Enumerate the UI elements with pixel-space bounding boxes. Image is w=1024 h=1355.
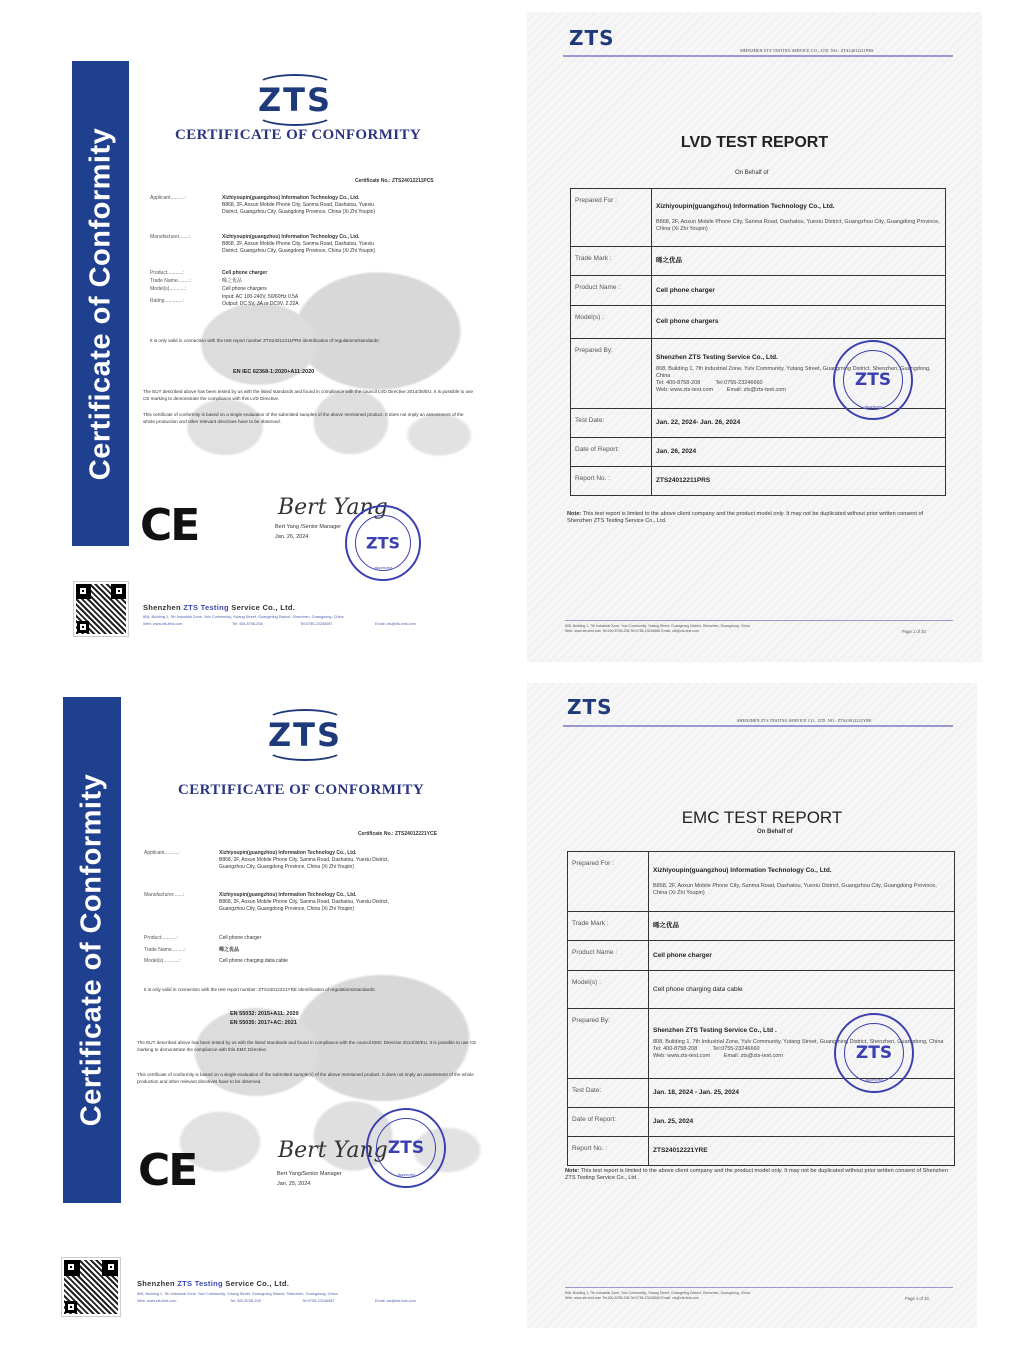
row-key: Trade Mark : (571, 247, 652, 276)
field-value: Cell phone charger (222, 270, 267, 276)
report-title: LVD TEST REPORT (527, 134, 982, 152)
field-label: Model(s)...........: (150, 286, 186, 293)
signer-name: Bert Yang/Senior Manager (277, 1170, 342, 1178)
certificate-number: Certificate No.: ZTS24012211PCS (355, 178, 434, 184)
table-row: Model(s) : Cell phone charging data cabl… (568, 971, 955, 1009)
value-main: Xizhiyoupin(guangzhou) Information Techn… (656, 203, 835, 210)
field-line: B868, 2F, Aoxun Mobile Phone City, Sanma… (222, 202, 374, 209)
lvd-certificate: Certificate of Conformity ZTS CERTIFICAT… (60, 50, 500, 650)
row-key: Model(s) : (568, 971, 649, 1009)
qr-code (74, 582, 128, 636)
report-info-table: Prepared For : Xizhiyoupin(guangzhou) In… (570, 188, 946, 496)
stamp-text: ZTS (347, 534, 419, 553)
footer-rule (565, 1287, 953, 1288)
footer-tel2: Tel:0755-23246087 (300, 621, 333, 627)
footer-contact: Web: www.zts-test.com Tel:400-8758-208 T… (565, 629, 699, 634)
row-value: 晞之优品 (652, 247, 946, 276)
approved-stamp: ZTS Approved (833, 340, 913, 420)
field-rating: Rating.............: Input: AC 100-240V,… (150, 294, 490, 310)
table-row: Date of Report: Jan. 25, 2024 (568, 1108, 955, 1137)
table-row: Prepared For : Xizhiyoupin(guangzhou) In… (568, 852, 955, 912)
scope-statement: This certificate of conformity is based … (143, 411, 473, 425)
table-row: Product Name : Cell phone charger (568, 941, 955, 971)
row-key: Date of Report: (571, 438, 652, 467)
value-main: Jan. 18, 2024 - Jan. 25, 2024 (653, 1089, 739, 1096)
field-trade-name: Trade Name.........: 晞之优品 (144, 947, 494, 955)
row-value: ZTS24012211PRS (652, 467, 946, 496)
field-manufacturer: Manufacturer.......: Xizhiyoupin(guangzh… (150, 234, 490, 264)
field-label: Trade Name.........: (150, 278, 192, 285)
report-note: Note: This test report is limited to the… (565, 1168, 957, 1182)
field-label: Model(s)...........: (144, 958, 180, 965)
table-row: Date of Report: Jan. 26, 2024 (571, 438, 946, 467)
side-banner-text: Certificate of Conformity (84, 127, 117, 479)
value-main: 晞之优品 (656, 257, 682, 264)
value-sub: B868, 2F, Aoxun Mobile Phone City, Sanma… (656, 219, 941, 233)
report-info-table: Prepared For : Xizhiyoupin(guangzhou) In… (567, 851, 955, 1166)
note-label: Note: (567, 511, 581, 517)
footer-address: 808, Building 1, 7th Industrial Zone, Yu… (137, 1291, 338, 1297)
row-value: ZTS24012221YRE (649, 1137, 955, 1166)
field-line: B868, 2F, Aoxun Mobile Phone City, Sanma… (222, 241, 374, 248)
certificate-number: Certificate No.: ZTS24012221YCE (358, 831, 437, 837)
lvd-test-report: ZTS SHENZHEN ZTS TESTING SERVICE CO., LT… (527, 12, 982, 662)
stamp-caption: Approved (835, 404, 911, 409)
value-main: ZTS24012221YRE (653, 1147, 708, 1154)
footer-web: Web: www.zts-test.com (143, 621, 182, 627)
value-main: Cell phone charger (653, 952, 712, 959)
table-row: Product Name : Cell phone charger (571, 276, 946, 306)
field-label: Product...........: (150, 270, 184, 277)
stamp-text: ZTS (836, 1043, 912, 1063)
signer-name: Bert Yang /Senior Manager (275, 523, 341, 531)
row-value: Cell phone charger (652, 276, 946, 306)
field-value: Cell phone charging data cable (219, 958, 288, 965)
field-value: Xizhiyoupin(guangzhou) Information Techn… (222, 234, 359, 240)
field-line: District, Guangzhou City, Guangdong Prov… (222, 248, 375, 255)
header-rule (563, 55, 953, 57)
value-main: Jan. 22, 2024- Jan. 26, 2024 (656, 419, 740, 426)
stamp-caption: Approved (368, 1172, 444, 1177)
field-label: Product...........: (144, 935, 178, 942)
company-suffix: Service Co., Ltd. (223, 1279, 289, 1288)
field-value: Input: AC 100-240V, 50/60Hz 0.5A (222, 294, 298, 301)
scope-statement: This certificate of conformity is based … (137, 1071, 482, 1085)
report-title: EMC TEST REPORT (527, 808, 997, 828)
emc-test-report: ZTS SHENZHEN ZTS TESTING SERVICE CO., LT… (527, 683, 977, 1328)
side-banner: Certificate of Conformity (72, 61, 129, 546)
page-number: Page 1 of 33 (902, 629, 926, 634)
zts-logo: ZTS (567, 695, 613, 719)
row-value: Jan. 26, 2024 (652, 438, 946, 467)
row-key: Trade Mark : (568, 912, 649, 941)
header-rule (563, 725, 953, 727)
header-text: SHENZHEN ZTS TESTING SERVICE CO., LTD. N… (740, 48, 874, 53)
field-value: 晞之优品 (219, 947, 239, 953)
value-main: 晞之优品 (653, 922, 679, 929)
row-key: Report No. : (568, 1137, 649, 1166)
side-banner-text: Certificate of Conformity (76, 774, 109, 1126)
signed-date: Jan. 26, 2024 (275, 533, 308, 541)
row-value: Cell phone chargers (652, 306, 946, 339)
validity-statement: It is only valid in connection with the … (150, 337, 450, 344)
footer-tel2: Tel:0755-23246087 (302, 1298, 335, 1304)
row-value: Xizhiyoupin(guangzhou) Information Techn… (649, 852, 955, 912)
value-main: Cell phone charger (656, 287, 715, 294)
zts-logo: ZTS (569, 26, 615, 50)
company-prefix: Shenzhen (143, 603, 183, 612)
row-key: Report No. : (571, 467, 652, 496)
ce-mark: CE (138, 1145, 196, 1196)
footer-contact: Web: www.zts-test.com Tel:400-8758-208 T… (565, 1296, 699, 1301)
footer-address: 808, Building 1, 7th Industrial Zone, Yu… (143, 614, 344, 620)
field-label: Manufacturer.......: (150, 234, 190, 241)
field-applicant: Applicant..........: Xizhiyoupin(guangzh… (150, 195, 490, 225)
footer-tel1: Tel: 400-8758-208 (230, 1298, 261, 1304)
validity-statement: It is only valid in connection with the … (144, 986, 464, 993)
row-key: Model(s) : (571, 306, 652, 339)
field-label: Rating.............: (150, 298, 184, 305)
qr-code (62, 1258, 120, 1316)
value-sub: B868, 2F, Aoxun Mobile Phone City, Sanma… (653, 883, 950, 897)
on-behalf-of: On Behalf of (735, 170, 768, 176)
row-value: Xizhiyoupin(guangzhou) Information Techn… (652, 189, 946, 247)
table-row: Model(s) : Cell phone chargers (571, 306, 946, 339)
row-key: Product Name : (568, 941, 649, 971)
zts-logo: ZTS (260, 715, 350, 755)
approved-stamp: ZTS Approved (345, 505, 421, 581)
report-note: Note: This test report is limited to the… (567, 511, 947, 525)
company-brand: ZTS Testing (177, 1279, 223, 1288)
field-models: Model(s)...........: Cell phone charging… (144, 958, 494, 966)
note-text: This test report is limited to the above… (565, 1168, 948, 1181)
company-prefix: Shenzhen (137, 1279, 177, 1288)
value-main: ZTS24012211PRS (656, 477, 710, 484)
row-key: Prepared For : (568, 852, 649, 912)
stamp-text: ZTS (835, 370, 911, 390)
stamp-text: ZTS (368, 1138, 444, 1158)
standard-item: EN 55035: 2017+AC: 2021 (230, 1019, 297, 1027)
table-row: Report No. : ZTS24012221YRE (568, 1137, 955, 1166)
approved-stamp: ZTS Approved (834, 1013, 914, 1093)
value-main: Xizhiyoupin(guangzhou) Information Techn… (653, 867, 832, 874)
footer-tel1: Tel: 400-8758-208 (232, 621, 263, 627)
footer-rule (565, 620, 953, 621)
field-models: Model(s)...........: Cell phone chargers (150, 286, 490, 294)
row-value: Cell phone charger (649, 941, 955, 971)
field-value: 晞之优品 (222, 278, 242, 285)
row-value: Cell phone charging data cable (649, 971, 955, 1009)
field-line: B868, 2F, Aoxun Mobile Phone City, Sanma… (219, 899, 389, 906)
field-value: Xizhiyoupin(guangzhou) Information Techn… (219, 892, 356, 898)
on-behalf-of: On Behalf of (757, 829, 793, 835)
footer-email: Email: zts@zts-test.com (375, 621, 416, 627)
certificate-title: CERTIFICATE OF CONFORMITY (175, 127, 421, 144)
field-label: Applicant..........: (150, 195, 186, 202)
field-line: Guangzhou City, Guangdong Province, Chin… (219, 864, 354, 871)
row-key: Prepared By: (568, 1009, 649, 1079)
value-main: Shenzhen ZTS Testing Service Co., Ltd . (653, 1027, 777, 1034)
footer-company: Shenzhen ZTS Testing Service Co., Ltd. (137, 1279, 289, 1288)
field-line: Output: DC 5V, 3A or DC9V, 2.22A (222, 301, 299, 308)
footer-company: Shenzhen ZTS Testing Service Co., Ltd. (143, 603, 295, 612)
field-value: Xizhiyoupin(guangzhou) Information Techn… (222, 195, 359, 201)
note-label: Note: (565, 1168, 579, 1174)
page-number: Page 1 of 33 (905, 1296, 929, 1301)
field-line: District, Guangzhou City, Guangdong Prov… (222, 209, 375, 216)
value-main: Jan. 25, 2024 (653, 1118, 693, 1125)
stamp-caption: Approved (347, 565, 419, 570)
field-applicant: Applicant..........: Xizhiyoupin(guangzh… (144, 850, 494, 880)
footer-web: Web: www.zts-test.com (137, 1298, 176, 1304)
value-main: Cell phone chargers (656, 318, 719, 325)
field-label: Trade Name.........: (144, 947, 186, 954)
row-key: Test Date: (568, 1079, 649, 1108)
table-row: Trade Mark : 晞之优品 (568, 912, 955, 941)
field-value: Xizhiyoupin(guangzhou) Information Techn… (219, 850, 356, 856)
stamp-caption: Approved (836, 1077, 912, 1082)
signed-date: Jan. 25, 2024 (277, 1180, 310, 1188)
certificate-title: CERTIFICATE OF CONFORMITY (178, 782, 424, 799)
row-key: Prepared For : (571, 189, 652, 247)
field-label: Applicant..........: (144, 850, 180, 857)
table-row: Prepared For : Xizhiyoupin(guangzhou) In… (571, 189, 946, 247)
row-value: Jan. 22, 2024- Jan. 26, 2024 (652, 409, 946, 438)
field-manufacturer: Manufacturer.......: Xizhiyoupin(guangzh… (144, 892, 494, 922)
row-value: 晞之优品 (649, 912, 955, 941)
table-row: Trade Mark : 晞之优品 (571, 247, 946, 276)
value-main: Shenzhen ZTS Testing Service Co., Ltd. (656, 354, 778, 361)
standard-item: EN IEC 62368-1:2020+A11:2020 (233, 368, 314, 376)
table-row: Report No. : ZTS24012211PRS (571, 467, 946, 496)
row-key: Prepared By: (571, 339, 652, 409)
compliance-statement: The EUT described above has been tested … (143, 388, 473, 402)
row-key: Test Date: (571, 409, 652, 438)
header-text: SHENZHEN ZTS TESTING SERVICE CO., LTD. N… (737, 718, 872, 723)
row-value: Jan. 18, 2024 - Jan. 25, 2024 (649, 1079, 955, 1108)
emc-certificate: Certificate of Conformity ZTS CERTIFICAT… (50, 690, 500, 1330)
company-suffix: Service Co., Ltd. (229, 603, 295, 612)
value-main: Jan. 26, 2024 (656, 448, 696, 455)
footer-email: Email: zts@zts-test.com (375, 1298, 416, 1304)
field-value: Cell phone chargers (222, 286, 267, 293)
field-product: Product...........: Cell phone charger (150, 270, 490, 278)
field-line: B868, 2F, Aoxun Mobile Phone City, Sanma… (219, 857, 389, 864)
row-key: Date of Report: (568, 1108, 649, 1137)
company-brand: ZTS Testing (183, 603, 229, 612)
field-product: Product...........: Cell phone charger (144, 935, 494, 943)
field-value: Cell phone charger (219, 935, 261, 942)
side-banner: Certificate of Conformity (63, 697, 121, 1203)
row-key: Product Name : (571, 276, 652, 306)
ce-mark: CE (140, 500, 198, 551)
approved-stamp: ZTS Approved (366, 1108, 446, 1188)
standard-item: EN 55032: 2015+A11: 2020 (230, 1010, 299, 1018)
row-value: Jan. 25, 2024 (649, 1108, 955, 1137)
field-label: Manufacturer.......: (144, 892, 184, 899)
field-line: Guangzhou City, Guangdong Province, Chin… (219, 906, 354, 913)
zts-logo: ZTS (250, 80, 340, 120)
field-trade-name: Trade Name.........: 晞之优品 (150, 278, 490, 286)
compliance-statement: The EUT described above has been tested … (137, 1039, 482, 1053)
note-text: This test report is limited to the above… (567, 511, 923, 524)
